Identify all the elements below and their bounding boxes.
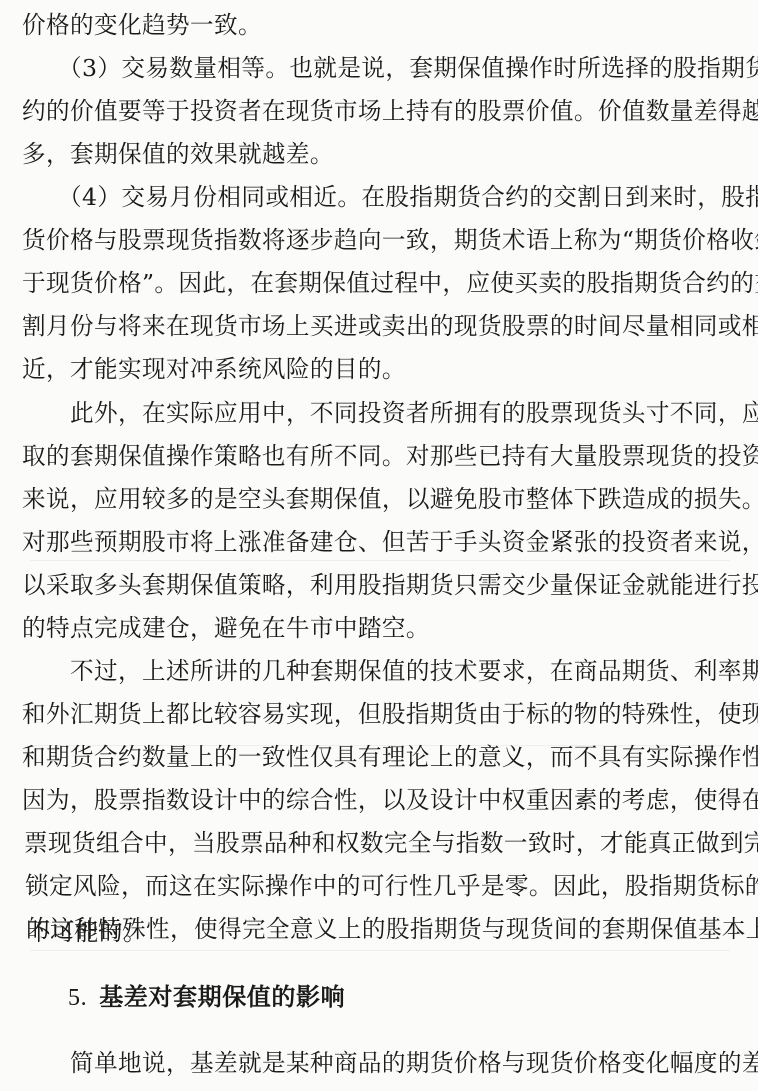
text-line: 对那些预期股市将上涨准备建仓、但苦于手头资金紧张的投资者来说，可 (22, 527, 742, 557)
scanned-book-page: 价格的变化趋势一致。 （3）交易数量相等。也就是说，套期保值操作时所选择的股指期… (0, 0, 758, 1091)
text-line: 于现货价格”。因此，在套期保值过程中，应使买卖的股指期货合约的交 (22, 268, 742, 298)
list-item-3-line: （3）交易数量相等。也就是说，套期保值操作时所选择的股指期货合 (58, 53, 742, 83)
text-line: 多，套期保值的效果就越差。 (22, 139, 742, 169)
section-heading: 5.基差对套期保值的影响 (68, 982, 345, 1013)
text-line: 来说，应用较多的是空头套期保值，以避免股市整体下跌造成的损失。而 (22, 484, 742, 514)
text-line: 的特点完成建仓，避免在牛市中踏空。 (22, 613, 742, 643)
text-line: 货价格与股票现货指数将逐步趋向一致，期货术语上称为“期货价格收敛 (22, 225, 742, 255)
paragraph-start-line: 不过，上述所讲的几种套期保值的技术要求，在商品期货、利率期货 (70, 656, 742, 686)
text-line: 不可能的。 (27, 917, 747, 947)
text-line: 取的套期保值操作策略也有所不同。对那些已持有大量股票现货的投资者 (22, 441, 742, 471)
section-title: 基差对套期保值的影响 (99, 983, 345, 1011)
text-line: 和外汇期货上都比较容易实现，但股指期货由于标的物的特殊性，使现货 (22, 699, 742, 729)
text-line: 因为，股票指数设计中的综合性，以及设计中权重因素的考虑，使得在股 (22, 785, 742, 815)
show-through-artifact (30, 560, 730, 561)
text-line: 近，才能实现对冲系统风险的目的。 (22, 354, 742, 384)
text-line: 价格的变化趋势一致。 (22, 10, 742, 40)
text-line: 和期货合约数量上的一致性仅具有理论上的意义，而不具有实际操作性。 (22, 742, 742, 772)
text-line: 约的价值要等于投资者在现货市场上持有的股票价值。价值数量差得越 (22, 96, 742, 126)
text-line: 以采取多头套期保值策略，利用股指期货只需交少量保证金就能进行投资 (22, 570, 742, 600)
text-line: 锁定风险，而这在实际操作中的可行性几乎是零。因此，股指期货标的物 (25, 871, 745, 901)
paragraph-start-line: 此外，在实际应用中，不同投资者所拥有的股票现货头寸不同，应采 (70, 398, 742, 428)
paragraph-start-line: 简单地说，基差就是某种商品的期货价格与现货价格变化幅度的差 (70, 1048, 742, 1078)
list-item-4-line: （4）交易月份相同或相近。在股指期货合约的交割日到来时，股指期 (58, 182, 742, 212)
show-through-artifact (30, 950, 730, 951)
text-line: 割月份与将来在现货市场上买进或卖出的现货股票的时间尽量相同或相 (22, 311, 742, 341)
section-number: 5. (68, 985, 87, 1011)
text-line: 票现货组合中，当股票品种和权数完全与指数一致时，才能真正做到完全 (24, 828, 744, 858)
